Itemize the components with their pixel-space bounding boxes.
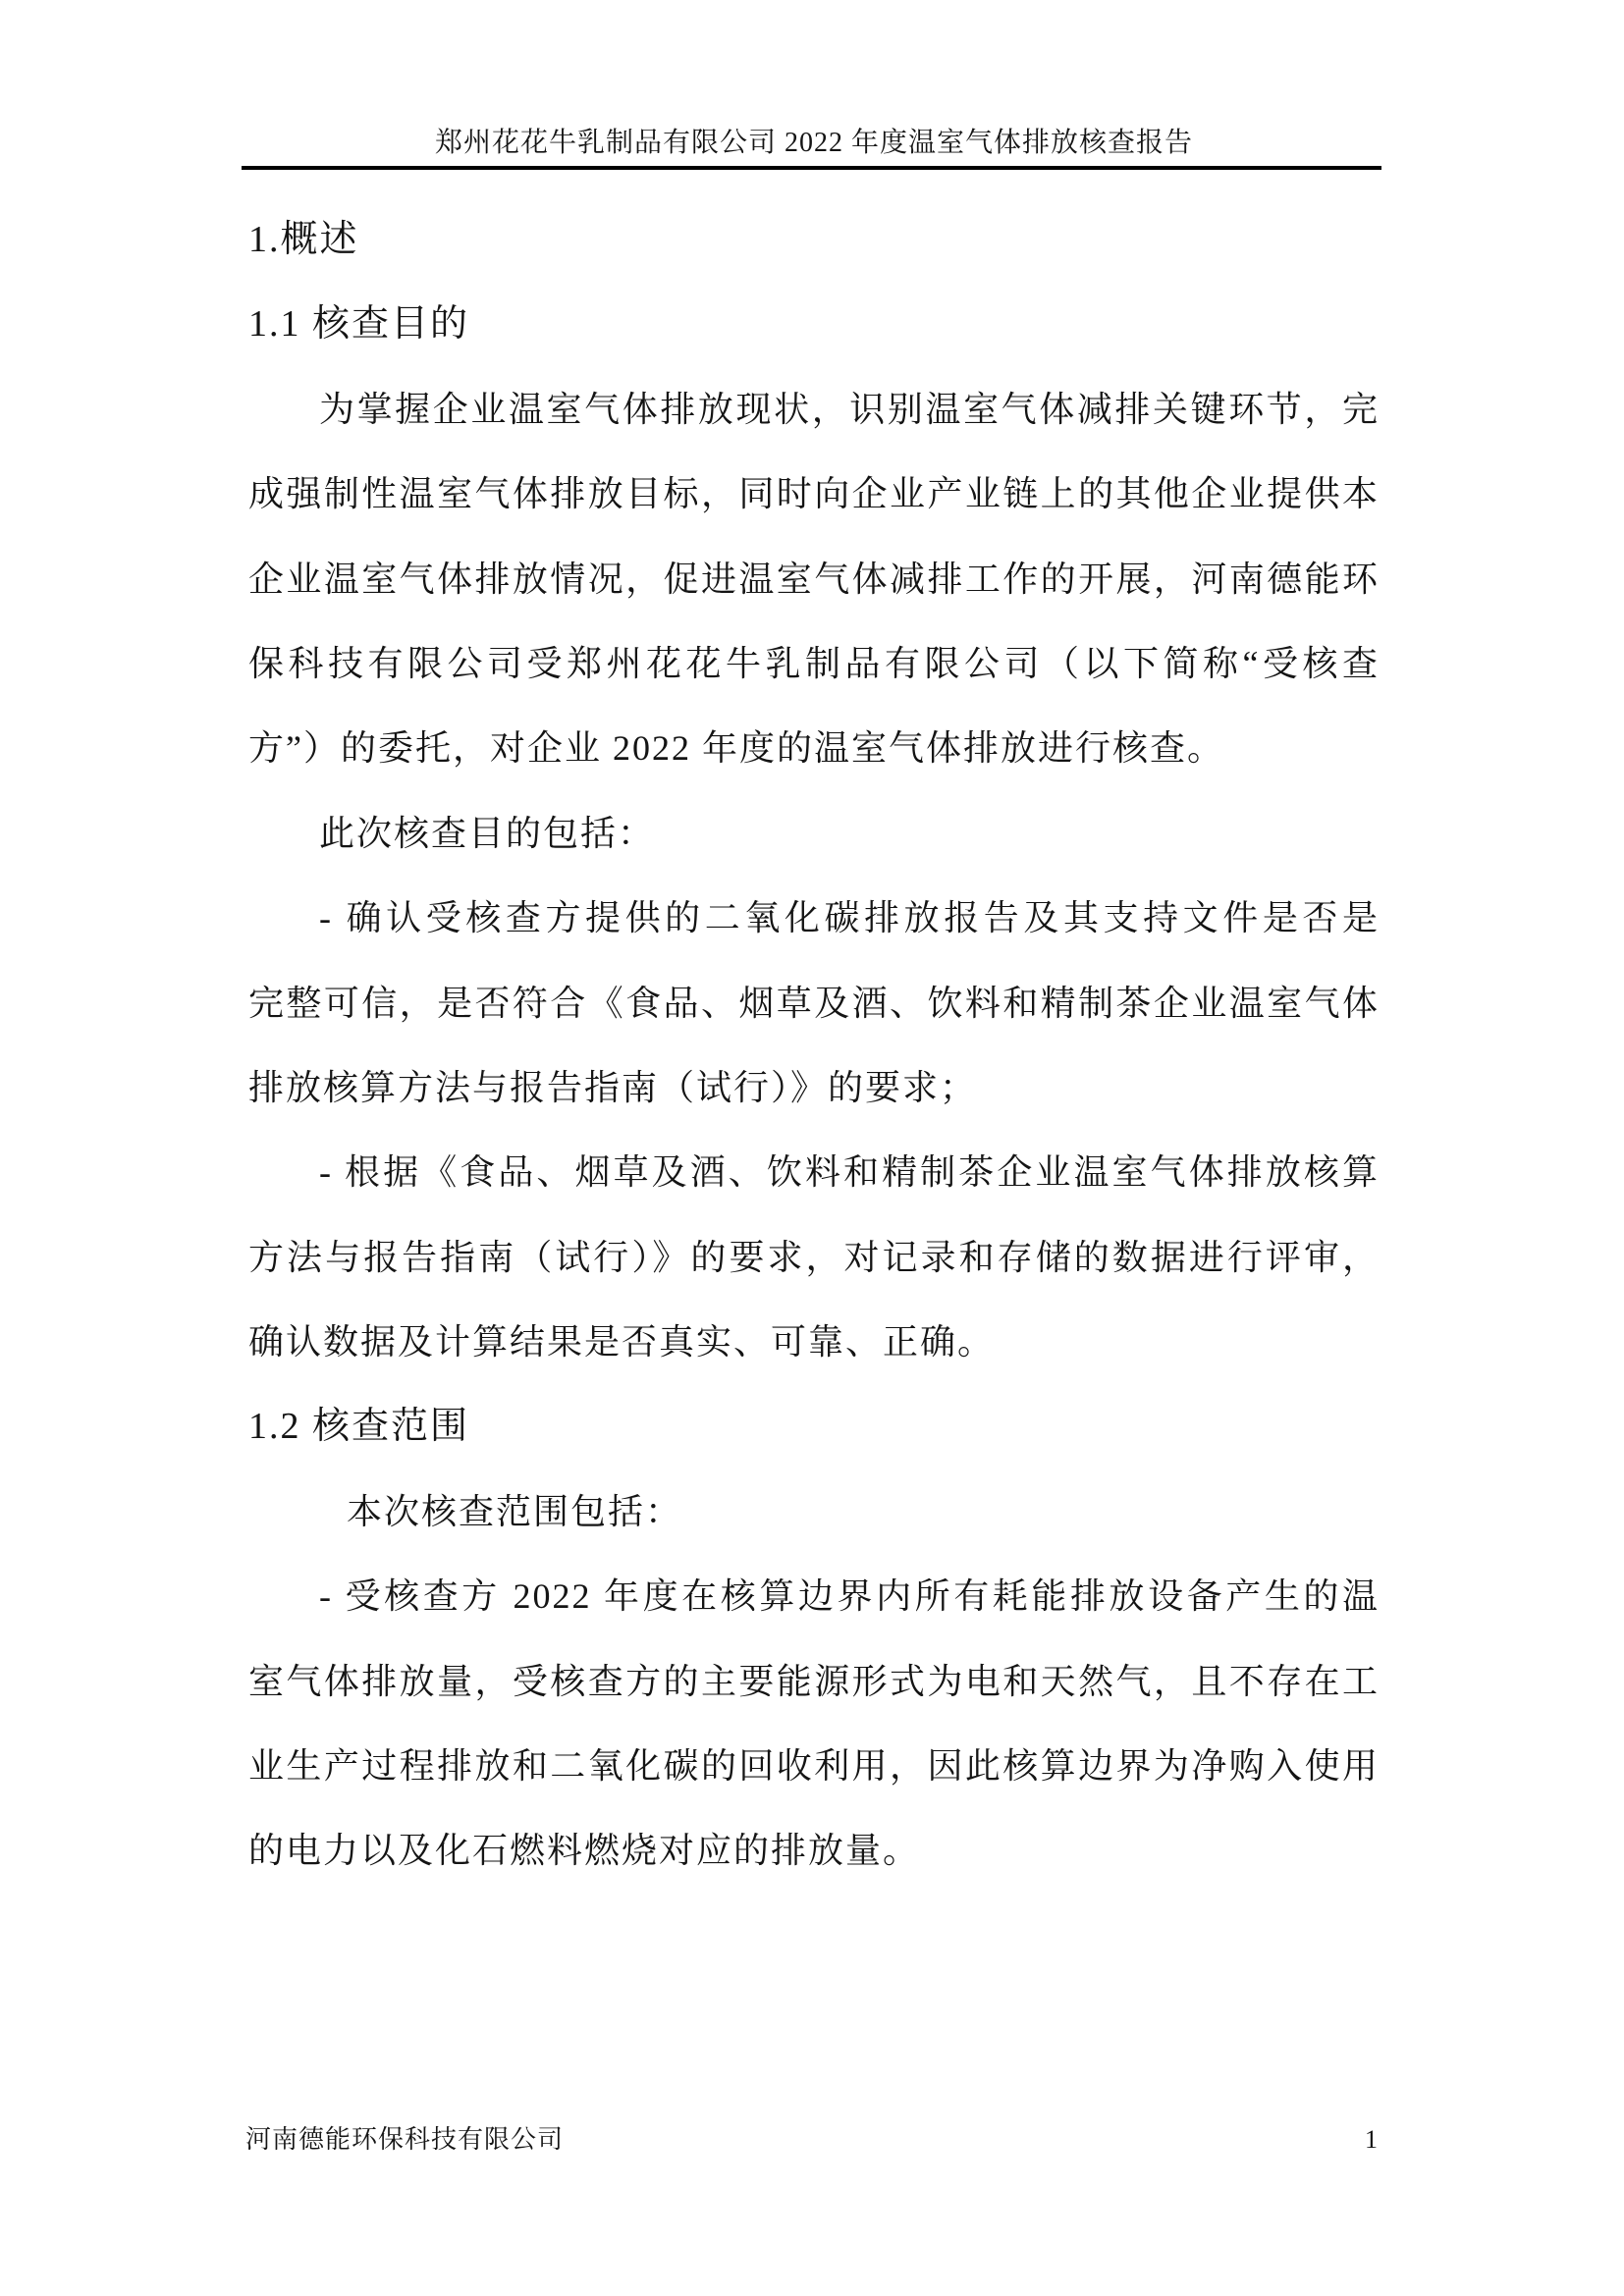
section-heading: 1.1 核查目的 — [248, 282, 1380, 366]
section-heading: 1.概述 — [248, 197, 1380, 282]
document-page: 郑州花花牛乳制品有限公司 2022 年度温室气体排放核查报告 1.概述1.1 核… — [0, 0, 1624, 2296]
paragraph-line: 方法与报告指南（试行）》的要求，对记录和存储的数据进行评审， — [248, 1215, 1380, 1300]
header-rule — [242, 166, 1381, 170]
paragraph-line: 业生产过程排放和二氧化碳的回收利用，因此核算边界为净购入使用 — [248, 1724, 1380, 1808]
paragraph-line: - 受核查方 2022 年度在核算边界内所有耗能排放设备产生的温 — [248, 1554, 1380, 1638]
paragraph-line: 成强制性温室气体排放目标，同时向企业产业链上的其他企业提供本 — [248, 452, 1380, 536]
document-body: 1.概述1.1 核查目的为掌握企业温室气体排放现状，识别温室气体减排关键环节，完… — [248, 197, 1380, 1894]
footer-company: 河南德能环保科技有限公司 — [245, 2122, 564, 2158]
paragraph-line: 企业温室气体排放情况，促进温室气体减排工作的开展，河南德能环 — [248, 537, 1380, 621]
section-heading: 1.2 核查范围 — [248, 1384, 1380, 1468]
paragraph-line: 确认数据及计算结果是否真实、可靠、正确。 — [248, 1300, 1380, 1384]
paragraph-line: 的电力以及化石燃料燃烧对应的排放量。 — [248, 1808, 1380, 1893]
paragraph-line: - 确认受核查方提供的二氧化碳排放报告及其支持文件是否是 — [248, 876, 1380, 960]
paragraph-line: 此次核查目的包括： — [248, 791, 1380, 876]
paragraph-line: 为掌握企业温室气体排放现状，识别温室气体减排关键环节，完 — [248, 367, 1380, 452]
paragraph-line: 排放核算方法与报告指南（试行）》的要求； — [248, 1045, 1380, 1130]
paragraph-line: 保科技有限公司受郑州花花牛乳制品有限公司（以下简称“受核查 — [248, 621, 1380, 706]
page-footer: 河南德能环保科技有限公司 1 — [245, 2122, 1379, 2158]
paragraph-line: - 根据《食品、烟草及酒、饮料和精制茶企业温室气体排放核算 — [248, 1130, 1380, 1214]
page-header-title: 郑州花花牛乳制品有限公司 2022 年度温室气体排放核查报告 — [248, 124, 1380, 163]
paragraph-line: 本次核查范围包括： — [248, 1469, 1380, 1554]
footer-page-number: 1 — [1365, 2122, 1379, 2158]
paragraph-line: 室气体排放量，受核查方的主要能源形式为电和天然气，且不存在工 — [248, 1639, 1380, 1724]
paragraph-line: 完整可信，是否符合《食品、烟草及酒、饮料和精制茶企业温室气体 — [248, 961, 1380, 1045]
paragraph-line: 方”）的委托，对企业 2022 年度的温室气体排放进行核查。 — [248, 706, 1380, 790]
